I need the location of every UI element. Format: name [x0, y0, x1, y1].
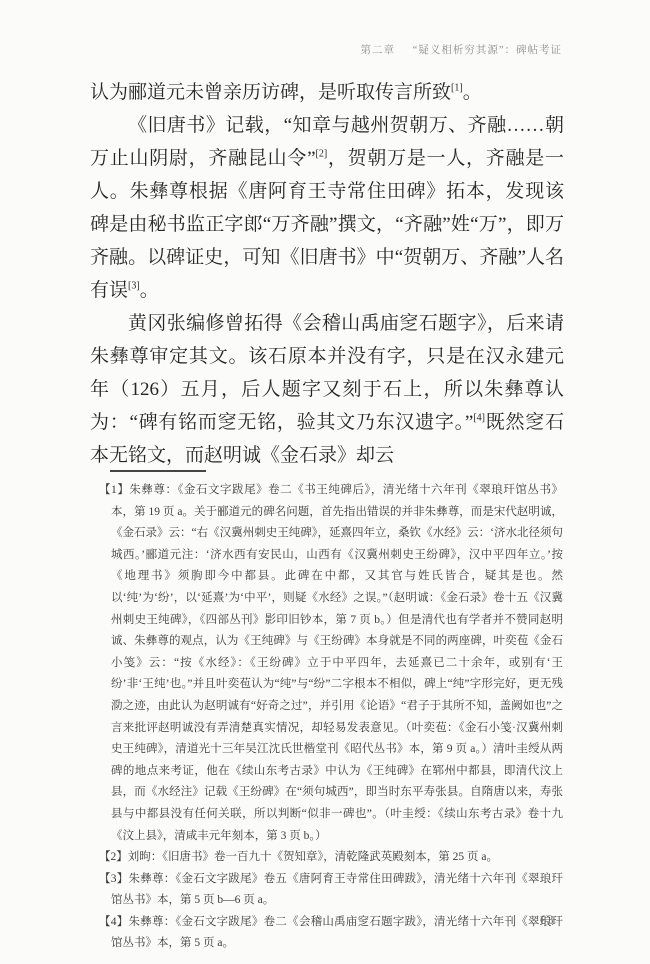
footnote-separator-rule [110, 470, 206, 472]
footnote-item: 【4】朱彝尊：《金石文字跋尾》卷二《会稽山禹庙窆石题字跋》，清光绪十六年刊《翠琅… [99, 912, 563, 955]
running-head: 第二章 “疑义相析穷其源”：碑帖考证 [90, 42, 562, 57]
footnote-item: 【1】朱彝尊：《金石文字跋尾》卷二《书王纯碑后》，清光绪十六年刊《翠琅玕馆丛书》… [99, 480, 563, 847]
body-text: 认为郦道元未曾亲历访碑，是听取传言所致[1]。《旧唐书》记载，“知章与越州贺朝万… [90, 76, 564, 472]
footnote-reference: [2] [316, 149, 328, 160]
footnote-item: 【2】刘昫：《旧唐书》卷一百九十《贺知章》，清乾隆武英殿刻本，第 25 页 a。 [99, 847, 563, 869]
book-page: 第二章 “疑义相析穷其源”：碑帖考证 认为郦道元未曾亲历访碑，是听取传言所致[1… [0, 0, 650, 964]
body-paragraph: 认为郦道元未曾亲历访碑，是听取传言所致[1]。 [90, 76, 564, 109]
running-head-title: “疑义相析穷其源”：碑帖考证 [413, 45, 562, 56]
footnote-reference: [3] [128, 281, 140, 292]
footnote-marker: 【4】 [99, 916, 128, 928]
footnotes-block: 【1】朱彝尊：《金石文字跋尾》卷二《书王纯碑后》，清光绪十六年刊《翠琅玕馆丛书》… [99, 480, 563, 955]
footnote-reference: [4] [473, 413, 485, 424]
footnote-marker: 【2】 [99, 851, 128, 863]
body-paragraph: 黄冈张编修曾拓得《会稽山禹庙窆石题字》，后来请朱彝尊审定其文。该石原本并没有字，… [90, 307, 564, 472]
body-paragraph: 《旧唐书》记载，“知章与越州贺朝万、齐融……朝万止山阴尉，齐融昆山令”[2]，贺… [90, 109, 564, 307]
footnote-reference: [1] [451, 83, 463, 94]
footnote-item: 【3】朱彝尊：《金石文字跋尾》卷五《唐阿育王寺常住田碑跋》，清光绪十六年刊《翠琅… [99, 869, 563, 912]
footnote-marker: 【3】 [99, 873, 128, 885]
footnote-marker: 【1】 [99, 484, 129, 496]
page-number: 63 [540, 913, 555, 928]
running-head-chapter: 第二章 [361, 45, 396, 56]
